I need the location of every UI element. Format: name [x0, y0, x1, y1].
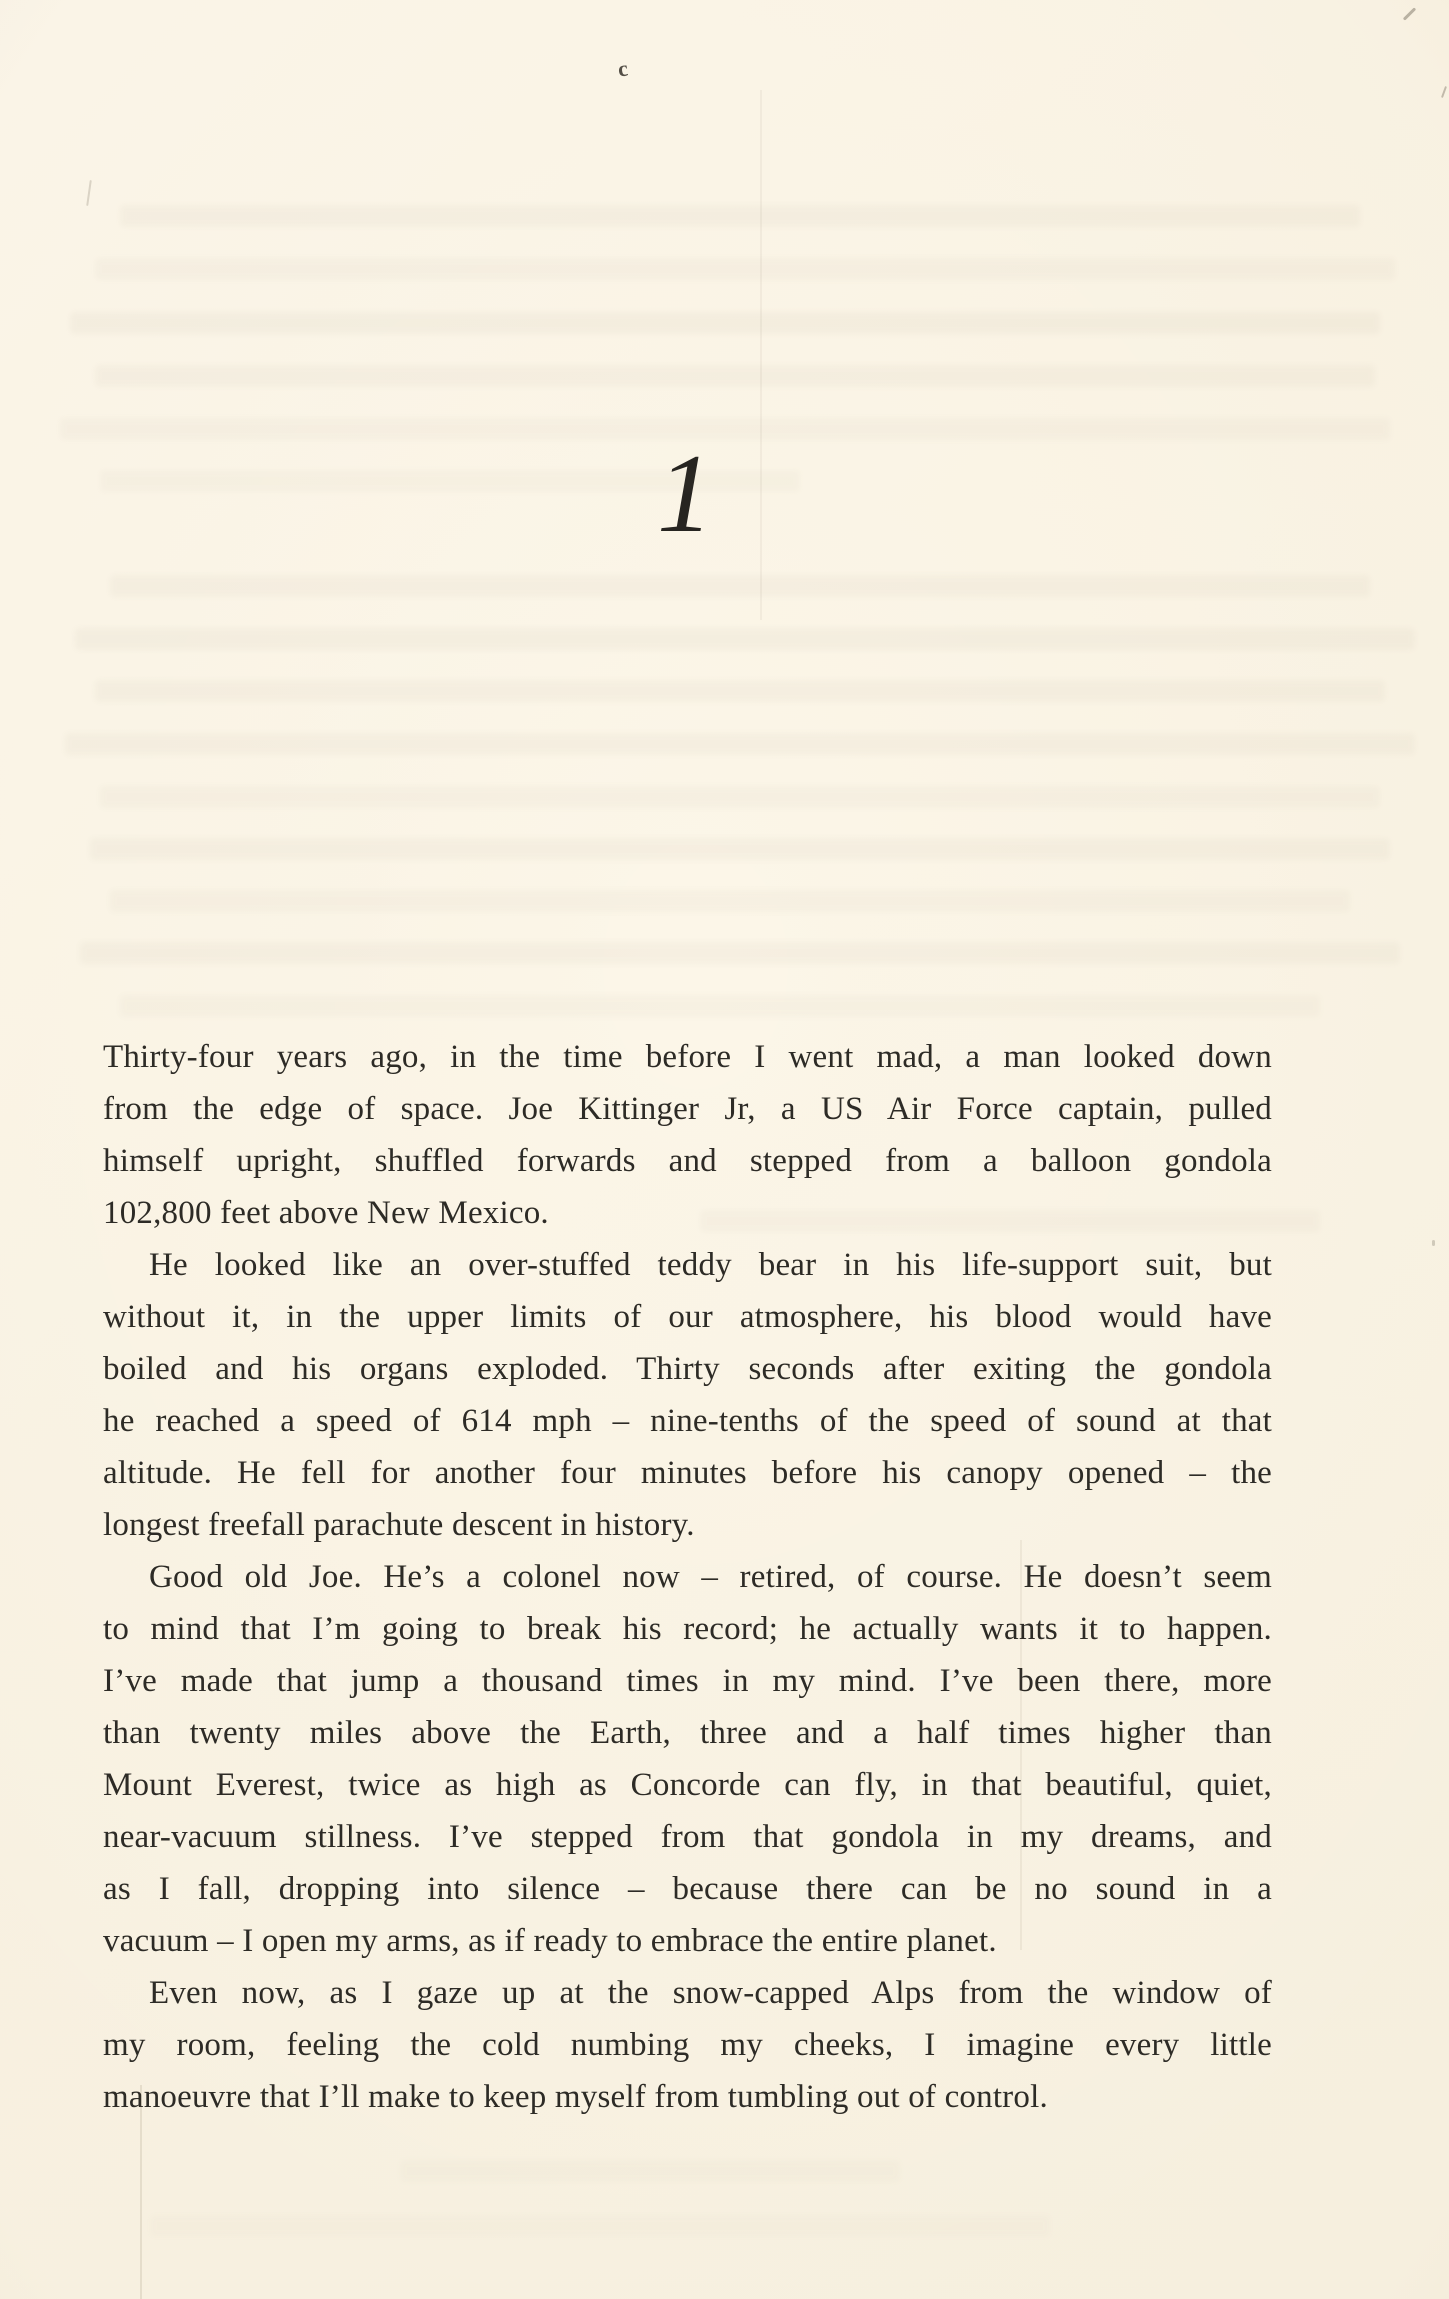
ghost-bleedthrough-line: [75, 628, 1415, 650]
text-line: I’ve made that jump a thousand times in …: [103, 1655, 1272, 1707]
chapter-number: 1: [610, 438, 760, 550]
text-line: Good old Joe. He’s a colonel now – retir…: [103, 1551, 1272, 1603]
text-line: as I fall, dropping into silence – becau…: [103, 1863, 1272, 1915]
text-line: Even now, as I gaze up at the snow-cappe…: [103, 1967, 1272, 2019]
ghost-bleedthrough-line: [150, 2215, 1050, 2237]
ghost-bleedthrough-line: [95, 365, 1375, 387]
text-line: longest freefall parachute descent in hi…: [103, 1499, 1272, 1551]
text-line: from the edge of space. Joe Kittinger Jr…: [103, 1083, 1272, 1135]
text-line: than twenty miles above the Earth, three…: [103, 1707, 1272, 1759]
stray-mark: [86, 180, 92, 206]
text-line: to mind that I’m going to break his reco…: [103, 1603, 1272, 1655]
ghost-bleedthrough-line: [90, 838, 1390, 860]
stray-mark: [1441, 86, 1447, 98]
scanned-book-page: { "chapter": { "number": "1" }, "body": …: [0, 0, 1449, 2299]
ghost-bleedthrough-line: [400, 2160, 900, 2182]
text-line: vacuum – I open my arms, as if ready to …: [103, 1915, 1272, 1967]
text-line: boiled and his organs exploded. Thirty s…: [103, 1343, 1272, 1395]
text-line: himself upright, shuffled forwards and s…: [103, 1135, 1272, 1187]
text-line: Thirty-four years ago, in the time befor…: [103, 1031, 1272, 1083]
ghost-bleedthrough-line: [95, 258, 1395, 280]
ghost-bleedthrough-line: [100, 786, 1380, 808]
stray-mark: [1403, 7, 1416, 20]
ghost-bleedthrough-line: [120, 205, 1360, 227]
text-line: my room, feeling the cold numbing my che…: [103, 2019, 1272, 2071]
body-text: Thirty-four years ago, in the time befor…: [103, 1031, 1272, 2123]
ghost-bleedthrough-line: [95, 680, 1385, 702]
text-line: without it, in the upper limits of our a…: [103, 1291, 1272, 1343]
text-line: He looked like an over-stuffed teddy bea…: [103, 1239, 1272, 1291]
ghost-bleedthrough-line: [70, 312, 1380, 334]
text-line: he reached a speed of 614 mph – nine-ten…: [103, 1395, 1272, 1447]
text-line: Mount Everest, twice as high as Concorde…: [103, 1759, 1272, 1811]
ghost-bleedthrough-line: [110, 575, 1370, 597]
ghost-bleedthrough-line: [110, 890, 1350, 912]
text-line: altitude. He fell for another four minut…: [103, 1447, 1272, 1499]
text-line: 102,800 feet above New Mexico.: [103, 1187, 1272, 1239]
ink-speck: c: [616, 55, 629, 82]
ghost-bleedthrough-line: [120, 995, 1320, 1017]
stray-mark: [1432, 1240, 1435, 1246]
paper-crease: [760, 90, 762, 620]
ghost-bleedthrough-line: [80, 942, 1400, 964]
text-line: near-vacuum stillness. I’ve stepped from…: [103, 1811, 1272, 1863]
text-line: manoeuvre that I’ll make to keep myself …: [103, 2071, 1272, 2123]
ghost-bleedthrough-line: [65, 733, 1415, 755]
ghost-bleedthrough-line: [60, 418, 1390, 440]
